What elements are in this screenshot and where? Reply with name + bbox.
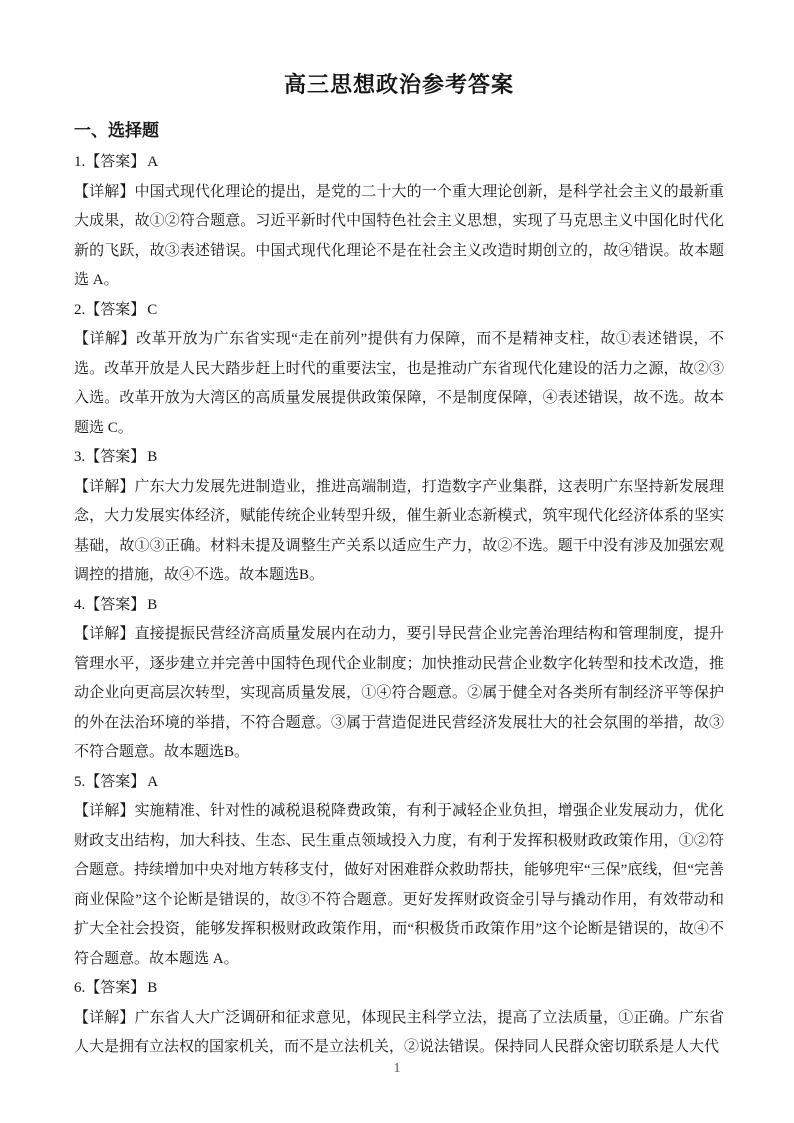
answer-value: B xyxy=(147,597,157,613)
answer-item-5: 5.【答案】A 【详解】实施精准、针对性的减税退税降费政策，有利于减轻企业负担，… xyxy=(74,768,724,975)
answer-label: 【答案】 xyxy=(85,449,145,465)
answer-line: 5.【答案】A xyxy=(74,768,724,798)
detail-paragraph: 【详解】广东大力发展先进制造业，推进高端制造，打造数字产业集群，这表明广东坚持新… xyxy=(74,473,724,591)
answer-label: 【答案】 xyxy=(85,302,145,318)
answer-value: B xyxy=(147,980,157,996)
detail-label: 【详解】 xyxy=(74,184,134,200)
answer-label: 【答案】 xyxy=(85,980,145,996)
answer-line: 1.【答案】A xyxy=(74,148,724,178)
answer-item-3: 3.【答案】B 【详解】广东大力发展先进制造业，推进高端制造，打造数字产业集群，… xyxy=(74,443,724,591)
answer-label: 【答案】 xyxy=(85,597,145,613)
answer-item-2: 2.【答案】C 【详解】改革开放为广东省实现“走在前列”提供有力保障，而不是精神… xyxy=(74,296,724,444)
document-content: 高三思想政治参考答案 一、选择题 1.【答案】A 【详解】中国式现代化理论的提出… xyxy=(74,70,724,1063)
detail-paragraph: 【详解】广东省人大广泛调研和征求意见，体现民主科学立法，提高了立法质量，①正确。… xyxy=(74,1004,724,1063)
answer-item-4: 4.【答案】B 【详解】直接提振民营经济高质量发展内在动力，要引导民营企业完善治… xyxy=(74,591,724,768)
detail-label: 【详解】 xyxy=(74,479,134,495)
detail-paragraph: 【详解】实施精准、针对性的减税退税降费政策，有利于减轻企业负担，增强企业发展动力… xyxy=(74,797,724,974)
answer-value: A xyxy=(147,774,158,790)
detail-text: 直接提振民营经济高质量发展内在动力，要引导民营企业完善治理结构和管理制度，提升管… xyxy=(74,626,724,760)
detail-paragraph: 【详解】直接提振民营经济高质量发展内在动力，要引导民营企业完善治理结构和管理制度… xyxy=(74,620,724,768)
page-number: 1 xyxy=(0,1061,794,1077)
detail-label: 【详解】 xyxy=(74,803,134,819)
detail-text: 广东大力发展先进制造业，推进高端制造，打造数字产业集群，这表明广东坚持新发展理念… xyxy=(74,479,724,584)
answer-item-1: 1.【答案】A 【详解】中国式现代化理论的提出，是党的二十大的一个重大理论创新，… xyxy=(74,148,724,296)
answer-label: 【答案】 xyxy=(85,774,145,790)
answer-value: B xyxy=(147,449,157,465)
document-page: 高三思想政治参考答案 一、选择题 1.【答案】A 【详解】中国式现代化理论的提出… xyxy=(0,0,794,1123)
answer-label: 【答案】 xyxy=(85,154,145,170)
item-number: 2. xyxy=(74,302,85,318)
detail-text: 实施精准、针对性的减税退税降费政策，有利于减轻企业负担，增强企业发展动力，优化财… xyxy=(74,803,724,967)
answer-line: 4.【答案】B xyxy=(74,591,724,621)
detail-paragraph: 【详解】中国式现代化理论的提出，是党的二十大的一个重大理论创新，是科学社会主义的… xyxy=(74,178,724,296)
answer-value: C xyxy=(147,302,157,318)
detail-label: 【详解】 xyxy=(74,1010,134,1026)
detail-label: 【详解】 xyxy=(74,626,134,642)
detail-paragraph: 【详解】改革开放为广东省实现“走在前列”提供有力保障，而不是精神支柱，故①表述错… xyxy=(74,325,724,443)
item-number: 5. xyxy=(74,774,85,790)
answer-line: 2.【答案】C xyxy=(74,296,724,326)
section-heading: 一、选择题 xyxy=(74,116,724,146)
item-number: 4. xyxy=(74,597,85,613)
item-number: 3. xyxy=(74,449,85,465)
page-title: 高三思想政治参考答案 xyxy=(74,70,724,100)
detail-text: 广东省人大广泛调研和征求意见，体现民主科学立法，提高了立法质量，①正确。广东省人… xyxy=(74,1010,724,1056)
item-number: 1. xyxy=(74,154,85,170)
answer-item-6: 6.【答案】B 【详解】广东省人大广泛调研和征求意见，体现民主科学立法，提高了立… xyxy=(74,974,724,1063)
answer-line: 6.【答案】B xyxy=(74,974,724,1004)
detail-text: 改革开放为广东省实现“走在前列”提供有力保障，而不是精神支柱，故①表述错误，不选… xyxy=(74,331,724,436)
answer-line: 3.【答案】B xyxy=(74,443,724,473)
detail-text: 中国式现代化理论的提出，是党的二十大的一个重大理论创新，是科学社会主义的最新重大… xyxy=(74,184,724,289)
answer-value: A xyxy=(147,154,158,170)
item-number: 6. xyxy=(74,980,85,996)
detail-label: 【详解】 xyxy=(74,331,136,347)
